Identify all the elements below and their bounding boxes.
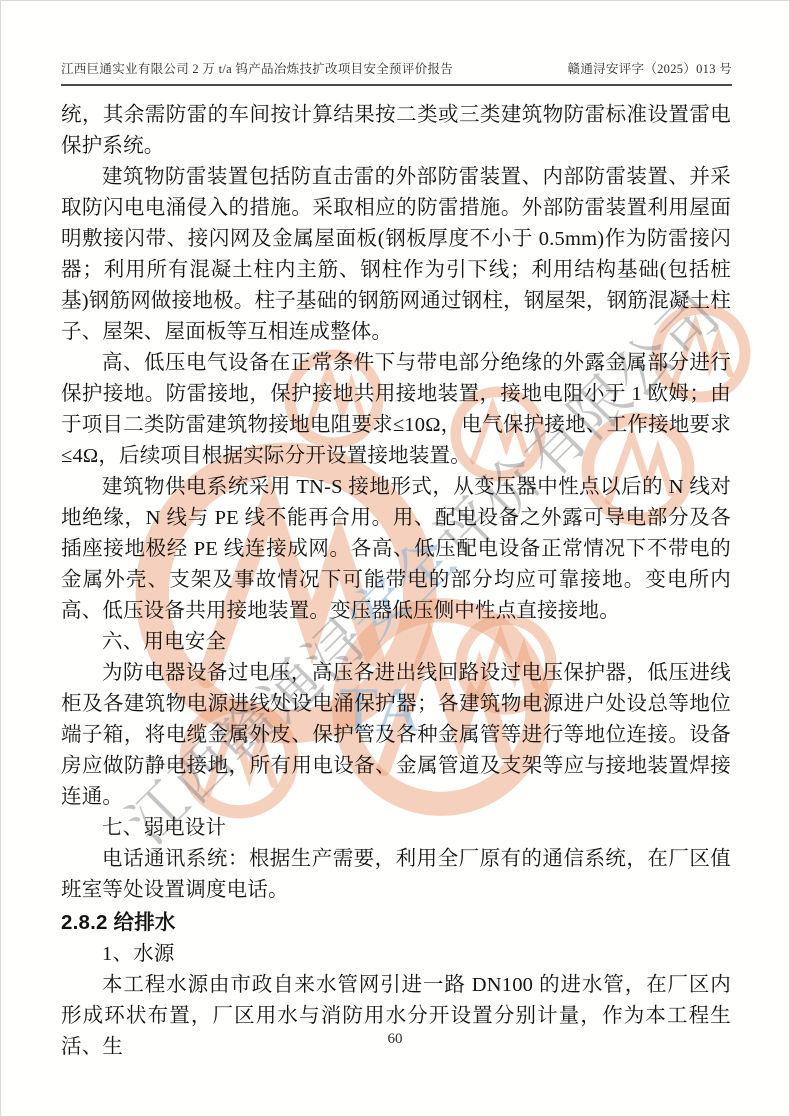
heading-water-supply-drainage: 2.8.2 给排水: [61, 907, 731, 938]
paragraph-hv-lv-protective-grounding: 高、低压电气设备在正常条件下与带电部分绝缘的外露金属部分进行保护接地。防雷接地，…: [61, 348, 731, 472]
paragraph-building-lightning-device: 建筑物防雷装置包括防直击雷的外部防雷装置、内部防雷装置、并采取防闪电电涌侵入的措…: [61, 162, 731, 348]
paragraph-lightning-system-continuation: 统，其余需防雷的车间按计算结果按二类或三类建筑物防雷标准设置雷电保护系统。: [61, 100, 731, 162]
page-number: 60: [1, 1031, 789, 1048]
header-document-number: 赣通浔安评字（2025）013 号: [568, 59, 732, 77]
paragraph-power-supply-tns: 建筑物供电系统采用 TN-S 接地形式，从变压器中性点以后的 N 线对地绝缘，N…: [61, 472, 731, 627]
paragraph-electrical-safety-body: 为防电器设备过电压，高压各进出线回路设过电压保护器，低压进线柜及各建筑物电源进线…: [61, 658, 731, 813]
heading-weak-current-design: 七、弱电设计: [61, 813, 731, 844]
paragraph-water-source-body: 本工程水源由市政自来水管网引进一路 DN100 的进水管，在厂区内形成环状布置，…: [61, 970, 731, 1063]
page-header: 江西巨通实业有限公司 2 万 t/a 钨产品冶炼技扩改项目安全预评价报告 赣通浔…: [61, 59, 732, 86]
document-body: 统，其余需防雷的车间按计算结果按二类或三类建筑物防雷标准设置雷电保护系统。 建筑…: [61, 100, 731, 1063]
document-page: 江西赣通浔安全评价有限公司 TA 江西巨通实业有限公司 2 万 t/a 钨产品冶…: [0, 0, 790, 1117]
heading-water-source: 1、水源: [61, 939, 731, 970]
header-report-title: 江西巨通实业有限公司 2 万 t/a 钨产品冶炼技扩改项目安全预评价报告: [61, 59, 453, 77]
heading-electrical-safety: 六、用电安全: [61, 627, 731, 658]
paragraph-telephone-system: 电话通讯系统：根据生产需要，利用全厂原有的通信系统，在厂区值班室等处设置调度电话…: [61, 844, 731, 906]
